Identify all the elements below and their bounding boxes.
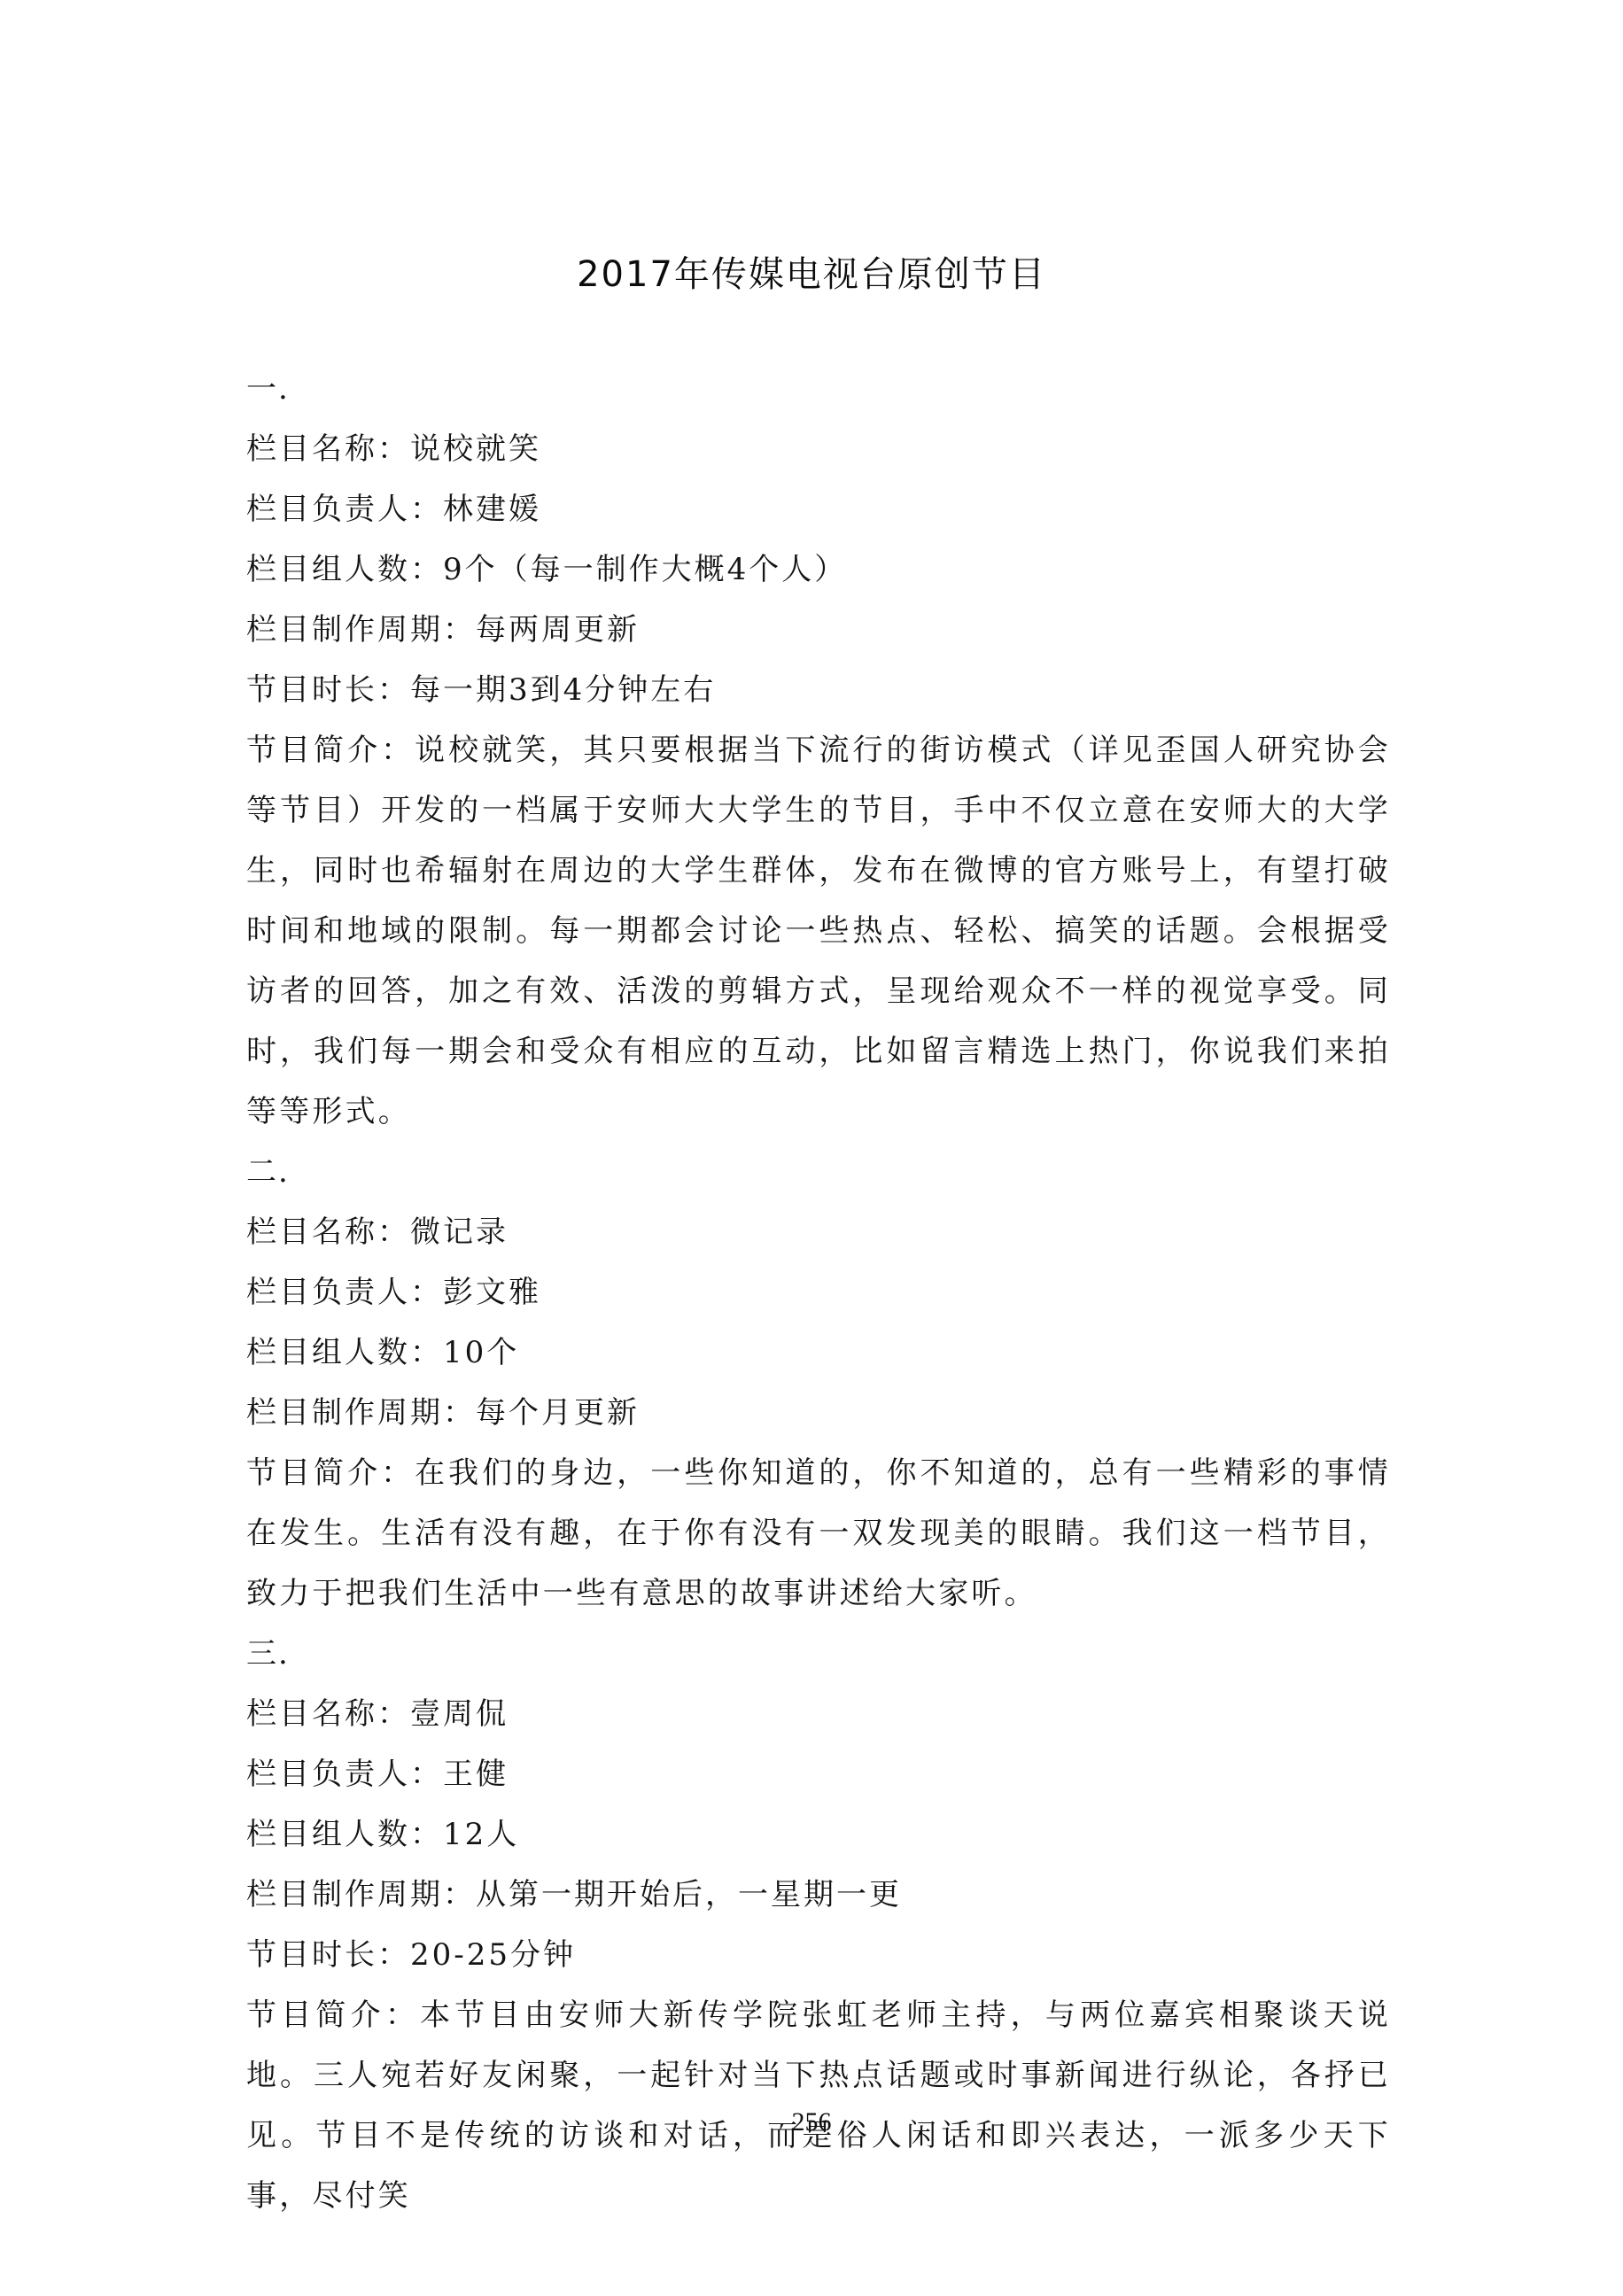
field-team-size: 栏目组人数：9个（每一制作大概4个人） bbox=[246, 539, 1391, 600]
section-number: 一. bbox=[246, 359, 1391, 419]
field-value: 12人 bbox=[443, 1817, 519, 1852]
program-intro: 节目简介：在我们的身边，一些你知道的，你不知道的，总有一些精彩的事情在发生。生活… bbox=[246, 1443, 1391, 1624]
field-value: 壹周侃 bbox=[410, 1696, 509, 1732]
field-value: 9个（每一制作大概4个人） bbox=[443, 552, 847, 587]
field-label: 栏目制作周期： bbox=[246, 1395, 476, 1431]
field-program-lead: 栏目负责人：林建媛 bbox=[246, 479, 1391, 539]
field-label: 栏目名称： bbox=[246, 1214, 410, 1250]
field-program-lead: 栏目负责人：彭文雅 bbox=[246, 1262, 1391, 1323]
field-label: 栏目负责人： bbox=[246, 1757, 443, 1792]
document-body: 一. 栏目名称：说校就笑 栏目负责人：林建媛 栏目组人数：9个（每一制作大概4个… bbox=[246, 359, 1391, 2226]
field-label: 栏目组人数： bbox=[246, 1817, 443, 1852]
field-duration: 节目时长：每一期3到4分钟左右 bbox=[246, 660, 1391, 720]
field-value: 每两周更新 bbox=[476, 612, 640, 648]
field-team-size: 栏目组人数：12人 bbox=[246, 1804, 1391, 1865]
field-label: 栏目制作周期： bbox=[246, 612, 476, 648]
intro-text: 在我们的身边，一些你知道的，你不知道的，总有一些精彩的事情在发生。生活有没有趣，… bbox=[246, 1455, 1391, 1611]
field-program-name: 栏目名称：说校就笑 bbox=[246, 419, 1391, 479]
field-program-name: 栏目名称：壹周侃 bbox=[246, 1684, 1391, 1744]
field-duration: 节目时长：20-25分钟 bbox=[246, 1925, 1391, 1985]
field-label: 栏目负责人： bbox=[246, 1275, 443, 1310]
field-label: 栏目组人数： bbox=[246, 552, 443, 587]
field-label: 栏目负责人： bbox=[246, 492, 443, 527]
intro-label: 节目简介： bbox=[246, 1997, 420, 2033]
field-value: 每一期3到4分钟左右 bbox=[410, 672, 716, 708]
field-value: 每个月更新 bbox=[476, 1395, 640, 1431]
field-value: 20-25分钟 bbox=[410, 1937, 576, 1973]
section-1: 一. 栏目名称：说校就笑 栏目负责人：林建媛 栏目组人数：9个（每一制作大概4个… bbox=[246, 359, 1391, 1142]
intro-text: 说校就笑，其只要根据当下流行的街访模式（详见歪国人研究协会等节目）开发的一档属于… bbox=[246, 733, 1391, 1129]
field-label: 栏目制作周期： bbox=[246, 1877, 476, 1912]
field-program-name: 栏目名称：微记录 bbox=[246, 1202, 1391, 1262]
field-value: 彭文雅 bbox=[443, 1275, 541, 1310]
program-intro: 节目简介：本节目由安师大新传学院张虹老师主持，与两位嘉宾相聚谈天说地。三人宛若好… bbox=[246, 1985, 1391, 2226]
section-2: 二. 栏目名称：微记录 栏目负责人：彭文雅 栏目组人数：10个 栏目制作周期：每… bbox=[246, 1142, 1391, 1624]
field-label: 节目时长： bbox=[246, 1937, 410, 1973]
field-label: 栏目名称： bbox=[246, 431, 410, 467]
field-production-cycle: 栏目制作周期：从第一期开始后，一星期一更 bbox=[246, 1865, 1391, 1925]
field-value: 微记录 bbox=[410, 1214, 509, 1250]
field-value: 王健 bbox=[443, 1757, 509, 1792]
field-production-cycle: 栏目制作周期：每两周更新 bbox=[246, 600, 1391, 660]
section-number: 三. bbox=[246, 1624, 1391, 1684]
intro-label: 节目简介： bbox=[246, 733, 415, 768]
page-number: 256 bbox=[0, 2106, 1623, 2138]
field-value: 10个 bbox=[443, 1335, 519, 1370]
field-label: 节目时长： bbox=[246, 672, 410, 708]
field-label: 栏目名称： bbox=[246, 1696, 410, 1732]
section-number: 二. bbox=[246, 1142, 1391, 1202]
field-value: 林建媛 bbox=[443, 492, 541, 527]
field-program-lead: 栏目负责人：王健 bbox=[246, 1744, 1391, 1804]
document-page: 2017年传媒电视台原创节目 一. 栏目名称：说校就笑 栏目负责人：林建媛 栏目… bbox=[0, 0, 1623, 2296]
field-team-size: 栏目组人数：10个 bbox=[246, 1323, 1391, 1383]
field-production-cycle: 栏目制作周期：每个月更新 bbox=[246, 1383, 1391, 1443]
intro-label: 节目简介： bbox=[246, 1455, 415, 1491]
field-label: 栏目组人数： bbox=[246, 1335, 443, 1370]
document-title: 2017年传媒电视台原创节目 bbox=[0, 246, 1623, 303]
field-value: 从第一期开始后，一星期一更 bbox=[476, 1877, 902, 1912]
field-value: 说校就笑 bbox=[410, 431, 541, 467]
program-intro: 节目简介：说校就笑，其只要根据当下流行的街访模式（详见歪国人研究协会等节目）开发… bbox=[246, 720, 1391, 1142]
